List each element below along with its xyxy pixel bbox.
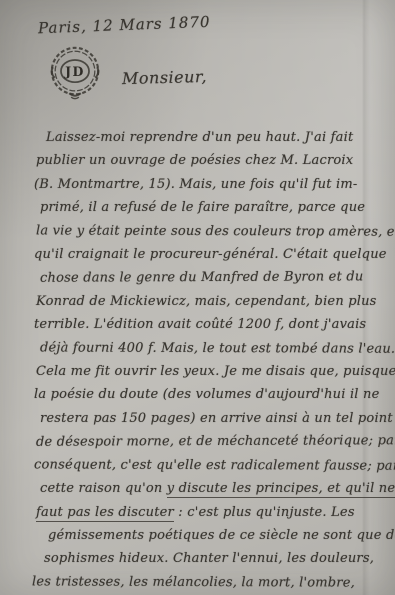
letter-line: (B. Montmartre, 15). Mais, une fois qu'i… (34, 173, 381, 196)
letter-line: publier un ouvrage de poésies chez M. La… (36, 149, 381, 172)
seal-monogram-letters: JD (64, 64, 85, 79)
monogram-seal: JD (46, 44, 104, 102)
line-text: conséquent, c'est qu'elle est radicaleme… (34, 457, 395, 473)
line-text: : c'est plus qu'injuste. Les (174, 505, 355, 520)
line-text: Laissez-moi reprendre d'un peu haut. J'a… (46, 130, 353, 145)
letter-line: les tristesses, les mélancolies, la mort… (32, 570, 381, 595)
line-text: restera pas 150 pages) en arrive ainsi à… (40, 411, 393, 426)
line-text: chose dans le genre du Manfred de Byron … (40, 270, 363, 286)
letter-line: Laissez-moi reprendre d'un peu haut. J'a… (46, 126, 381, 149)
line-text: (B. Montmartre, 15). Mais, une fois qu'i… (34, 177, 357, 192)
line-text: les tristesses, les mélancolies, la mort… (32, 574, 355, 590)
letter-line: primé, il a refusé de le faire paraître,… (40, 196, 381, 219)
line-text: primé, il a refusé de le faire paraître,… (40, 200, 365, 215)
line-text: terrible. L'édition avait coûté 1200 f, … (34, 317, 366, 332)
letter-line: qu'il craignait le procureur-général. C'… (34, 243, 381, 266)
letter-page: Paris, 12 Mars 1870 JD Monsieur, Laissez… (0, 0, 395, 595)
line-text: Cela me fit ouvrir les yeux. Je me disai… (36, 364, 395, 379)
letter-line: restera pas 150 pages) en arrive ainsi à… (40, 407, 381, 430)
letter-line: la poésie du doute (des volumes d'aujour… (34, 383, 381, 406)
underlined-text: y discute les principes, et qu'il ne (167, 481, 395, 498)
letter-line: cette raison qu'on y discute les princip… (40, 477, 381, 500)
letter-line: chose dans le genre du Manfred de Byron … (40, 266, 381, 291)
letter-line: la vie y était peinte sous des couleurs … (36, 219, 381, 244)
letter-line: faut pas les discuter : c'est plus qu'in… (36, 501, 381, 524)
line-text: qu'il craignait le procureur-général. C'… (34, 247, 387, 262)
line-text: publier un ouvrage de poésies chez M. La… (36, 153, 353, 168)
line-text: sophismes hideux. Chanter l'ennui, les d… (44, 551, 374, 566)
letter-line: déjà fourni 400 f. Mais, le tout est tom… (40, 336, 381, 361)
dateline: Paris, 12 Mars 1870 (38, 13, 211, 38)
line-text: la vie y était peinte sous des couleurs … (36, 223, 395, 239)
line-text: de désespoir morne, et de méchanceté thé… (36, 433, 395, 450)
letter-line: gémissements poétiques de ce siècle ne s… (48, 524, 381, 547)
letter-body: Laissez-moi reprendre d'un peu haut. J'a… (36, 126, 381, 594)
line-text: la poésie du doute (des volumes d'aujour… (34, 387, 379, 402)
letter-line: terrible. L'édition avait coûté 1200 f, … (34, 313, 381, 336)
line-text: cette raison qu'on (40, 481, 167, 496)
letter-line: Cela me fit ouvrir les yeux. Je me disai… (36, 360, 381, 383)
letter-line: de désespoir morne, et de méchanceté thé… (36, 430, 381, 455)
letter-line: Konrad de Mickiewicz, mais, cependant, b… (36, 290, 381, 313)
monogram-seal-graphic: JD (46, 44, 104, 102)
line-text: gémissements poétiques de ce siècle ne s… (48, 528, 395, 543)
underlined-text: faut pas les discuter (36, 505, 174, 522)
letter-line: conséquent, c'est qu'elle est radicaleme… (34, 453, 381, 478)
letter-line: sophismes hideux. Chanter l'ennui, les d… (44, 547, 381, 570)
salutation: Monsieur, (122, 67, 207, 88)
line-text: Konrad de Mickiewicz, mais, cependant, b… (36, 294, 377, 309)
line-text: déjà fourni 400 f. Mais, le tout est tom… (40, 340, 395, 356)
